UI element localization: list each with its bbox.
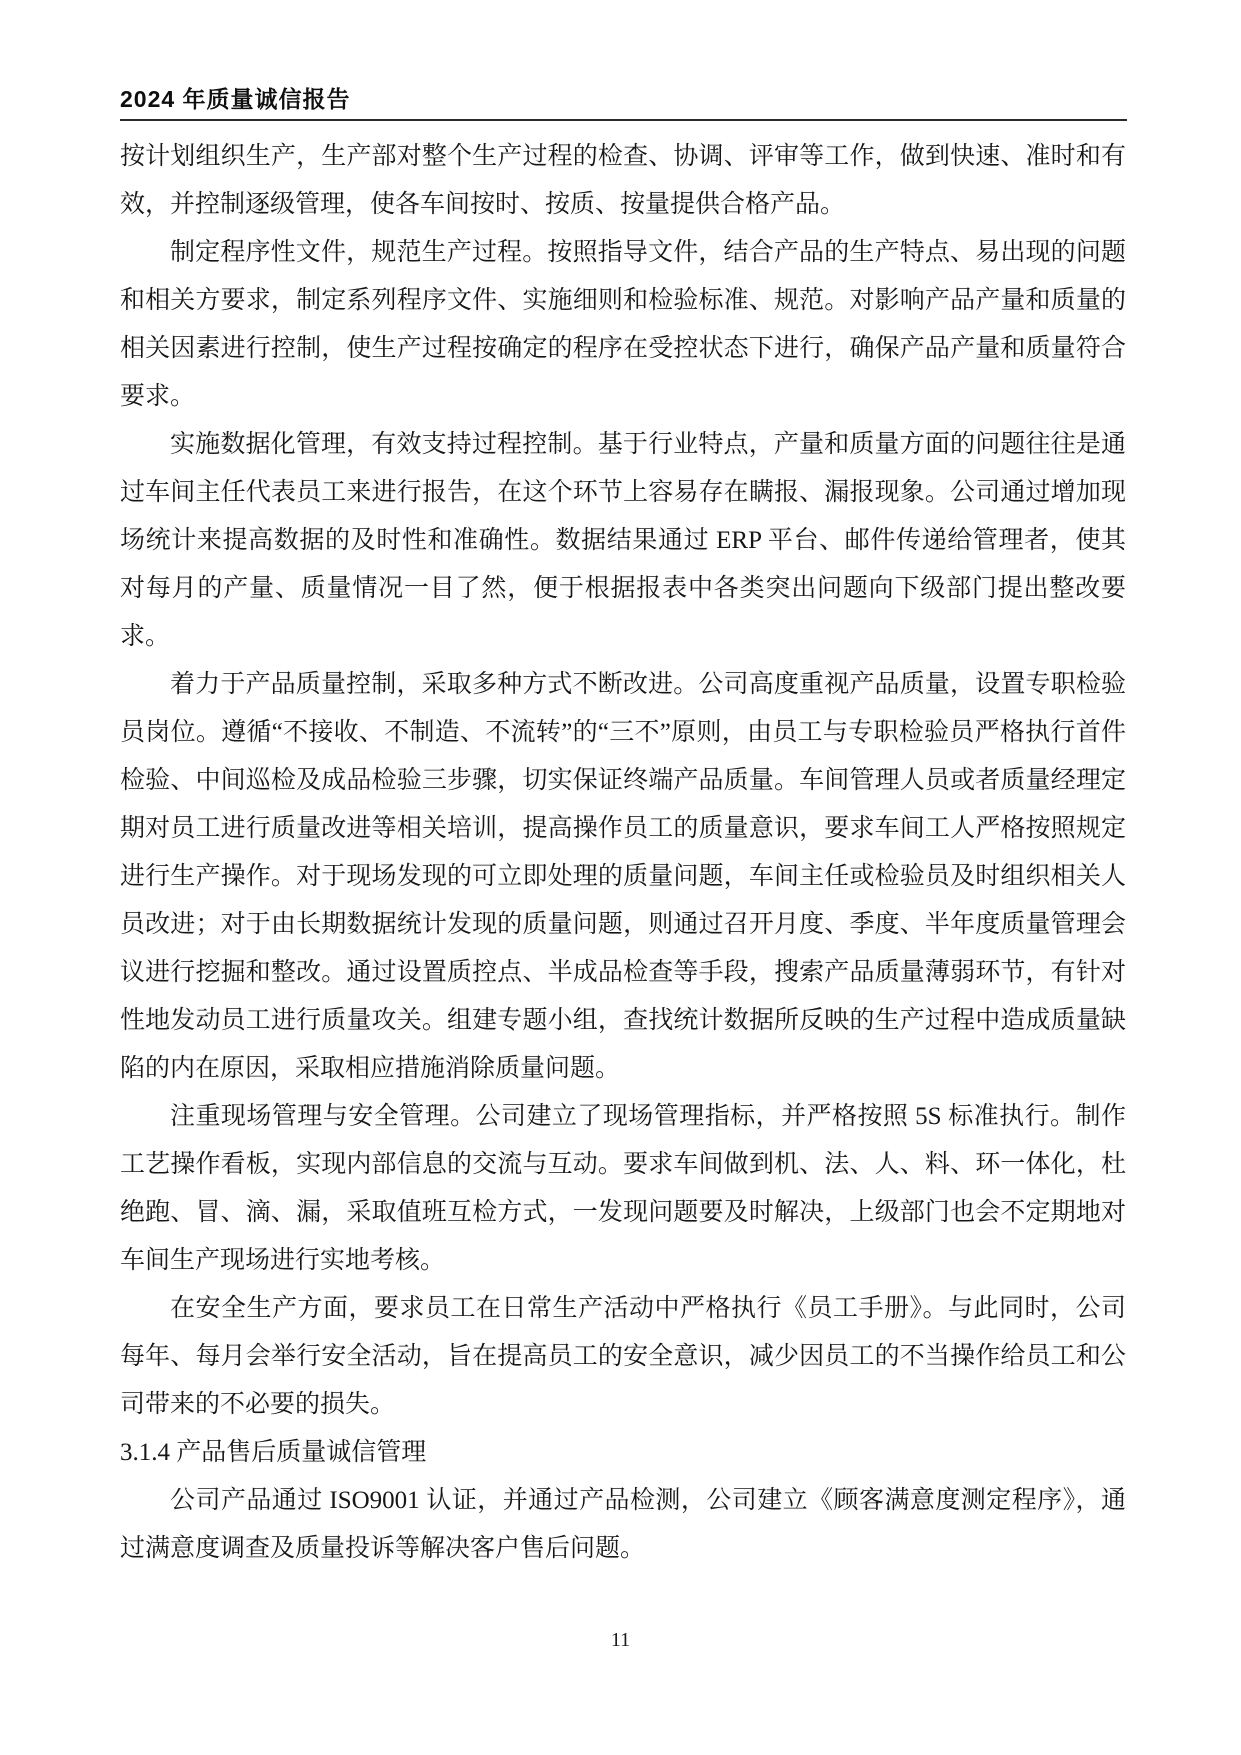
paragraph-site-safety-management: 注重现场管理与安全管理。公司建立了现场管理指标，并严格按照 5S 标准执行。制作… <box>120 1093 1126 1285</box>
document-header: 2024 年质量诚信报告 <box>120 84 1127 121</box>
section-heading-3-1-4: 3.1.4 产品售后质量诚信管理 <box>120 1429 1126 1477</box>
report-title: 2024 年质量诚信报告 <box>120 84 1127 114</box>
page-number: 11 <box>611 1629 630 1651</box>
paragraph-production-plan: 按计划组织生产，生产部对整个生产过程的检查、协调、评审等工作，做到快速、准时和有… <box>120 133 1126 229</box>
page-footer: 11 <box>0 1626 1241 1654</box>
paragraph-after-sales: 公司产品通过 ISO9001 认证，并通过产品检测，公司建立《顾客满意度测定程序… <box>120 1477 1126 1573</box>
paragraph-quality-control: 着力于产品质量控制，采取多种方式不断改进。公司高度重视产品质量，设置专职检验员岗… <box>120 661 1126 1093</box>
paragraph-data-management: 实施数据化管理，有效支持过程控制。基于行业特点，产量和质量方面的问题往往是通过车… <box>120 421 1126 661</box>
header-rule <box>120 119 1127 121</box>
document-body: 按计划组织生产，生产部对整个生产过程的检查、协调、评审等工作，做到快速、准时和有… <box>120 133 1126 1573</box>
paragraph-safety-production: 在安全生产方面，要求员工在日常生产活动中严格执行《员工手册》。与此同时，公司每年… <box>120 1285 1126 1429</box>
document-page: 2024 年质量诚信报告 按计划组织生产，生产部对整个生产过程的检查、协调、评审… <box>0 0 1241 1755</box>
paragraph-procedure-files: 制定程序性文件，规范生产过程。按照指导文件，结合产品的生产特点、易出现的问题和相… <box>120 229 1126 421</box>
